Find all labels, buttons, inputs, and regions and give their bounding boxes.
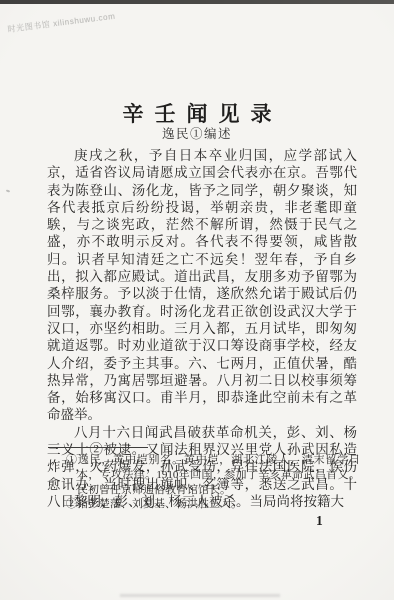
scanned-book-page: 时光图书馆 xilinshuwu.com 辛壬闻见录 逸民①编述 庚戌之秋，予自…	[0, 0, 394, 600]
footnote-1: ①逸民，黄中垲别名。黄中垲，湖北江陵人，清末留学日本，专攻法律。1910年回国，…	[66, 453, 360, 497]
footnotes: ①逸民，黄中垲别名。黄中垲，湖北江陵人，清末留学日本，专攻法律。1910年回国，…	[66, 453, 360, 512]
footnote-divider	[48, 447, 148, 448]
library-watermark: 时光图书馆 xilinshuwu.com	[7, 11, 116, 35]
scan-smudge	[120, 594, 280, 597]
page-number: 1	[316, 513, 323, 529]
scan-edge-bar	[0, 0, 394, 4]
scan-artifact	[6, 189, 10, 192]
author-byline: 逸民①编述	[0, 124, 394, 142]
paragraph-1: 庚戌之秋，予自日本卒业归国，应学部试入京，适省咨议局请愿成立国会代表亦在京。吾鄂…	[47, 147, 357, 424]
footnote-2: ②指彭楚藩、刘复基、杨洪胜三人。	[66, 497, 360, 512]
